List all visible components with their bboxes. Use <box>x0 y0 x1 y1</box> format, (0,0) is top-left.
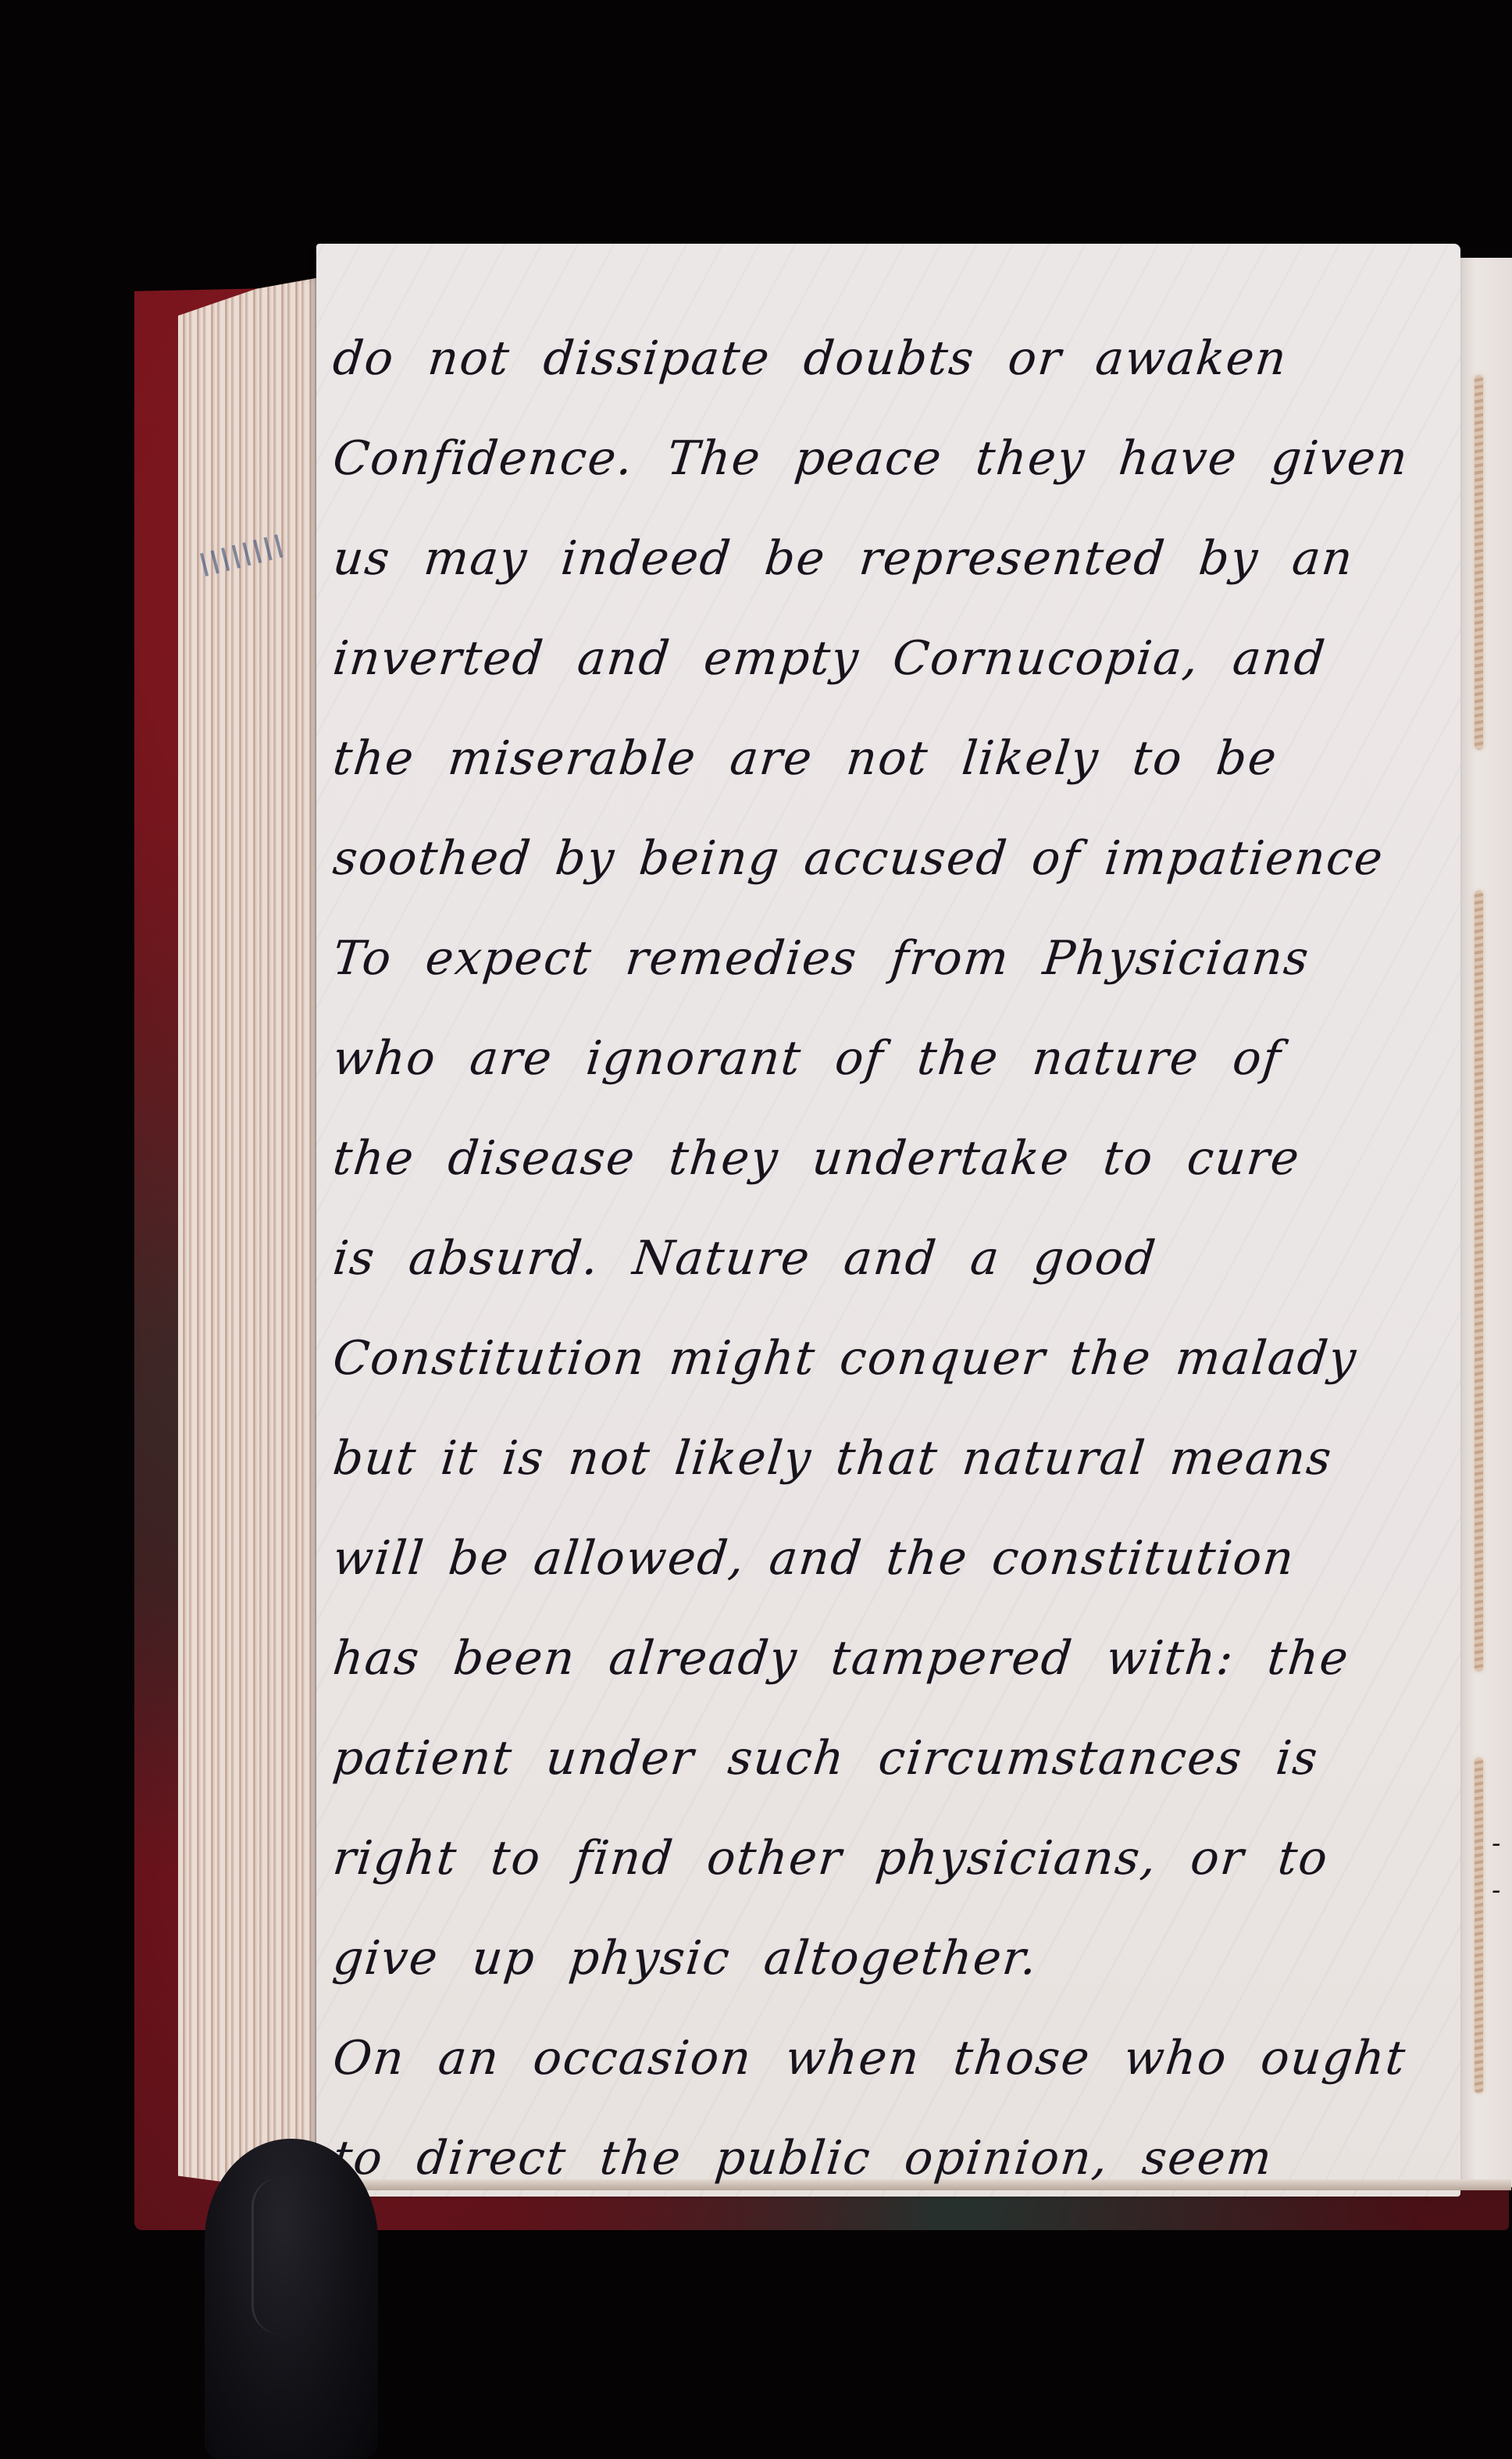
manuscript-line: the disease they undertake to cure <box>328 1108 1463 1208</box>
manuscript-line: do not dissipate doubts or awaken <box>328 309 1463 409</box>
manuscript-line: is absurd. Nature and a good <box>328 1208 1463 1308</box>
manuscript-line: Constitution might conquer the malady <box>328 1308 1463 1408</box>
binding-thread-middle <box>1475 890 1483 1672</box>
manuscript-line: but it is not likely that natural means <box>328 1408 1463 1508</box>
manuscript-line: patient under such circumstances is <box>328 1708 1463 1808</box>
manuscript-line: give up physic altogether. <box>328 1908 1463 2008</box>
manuscript-line: us may indeed be represented by an <box>328 509 1463 609</box>
manuscript-line: To expect remedies from Physicians <box>328 908 1463 1008</box>
facing-page-mark: - <box>1492 1875 1501 1906</box>
ink-mark-on-edge <box>200 533 289 576</box>
manuscript-line: has been already tampered with: the <box>328 1608 1463 1708</box>
gloved-thumb <box>205 2139 378 2459</box>
manuscript-line: to direct the public opinion, seem <box>328 2108 1463 2208</box>
manuscript-text: do not dissipate doubts or awaken Confid… <box>328 309 1453 2208</box>
manuscript-line: soothed by being accused of impatience <box>328 808 1463 908</box>
binding-thread-bottom <box>1475 1758 1483 2093</box>
binding-thread-top <box>1475 375 1483 750</box>
manuscript-line: On an occasion when those who ought <box>328 2008 1463 2108</box>
manuscript-line: Confidence. The peace they have given <box>328 409 1463 509</box>
photo-scene: - - do not dissipate doubts or awaken Co… <box>0 0 1512 2459</box>
page-fore-edge-stack <box>178 277 320 2195</box>
manuscript-line: the miserable are not likely to be <box>328 708 1463 808</box>
facing-page-edge <box>1460 258 1512 2187</box>
manuscript-line: will be allowed, and the constitution <box>328 1508 1463 1608</box>
manuscript-line: right to find other physicians, or to <box>328 1808 1463 1908</box>
manuscript-line: inverted and empty Cornucopia, and <box>328 609 1463 708</box>
manuscript-line: who are ignorant of the nature of <box>328 1008 1463 1108</box>
facing-page-mark: - <box>1492 1828 1501 1859</box>
